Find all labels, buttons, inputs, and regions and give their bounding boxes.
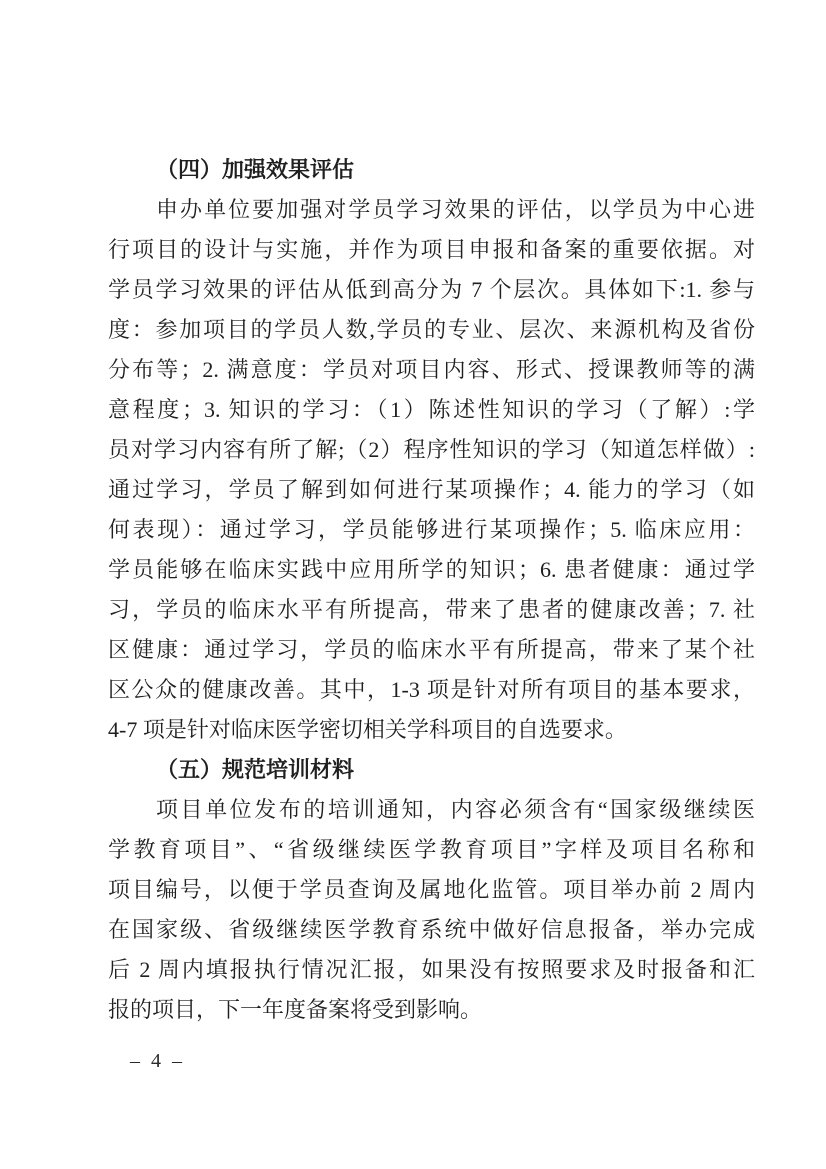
text-line: 行项目的设计与实施，并作为项目申报和备案的重要依据。对 xyxy=(108,230,755,270)
page-number: – 4 – xyxy=(130,1048,185,1074)
text-line: 学员能够在临床实践中应用所学的知识；6. 患者健康：通过学 xyxy=(108,550,755,590)
text-line: 通过学习，学员了解到如何进行某项操作；4. 能力的学习（如 xyxy=(108,470,755,510)
text-line: 项目编号，以便于学员查询及属地化监管。项目举办前 2 周内 xyxy=(108,870,755,910)
text-line: 区公众的健康改善。其中，1-3 项是针对所有项目的基本要求， xyxy=(108,670,755,710)
section-heading: （五）规范培训材料 xyxy=(108,750,755,790)
text-line: 意程度；3. 知识的学习：（1）陈述性知识的学习（了解）:学 xyxy=(108,390,755,430)
text-line: 学教育项目”、“省级继续医学教育项目”字样及项目名称和 xyxy=(108,830,755,870)
document-content: （四）加强效果评估申办单位要加强对学员学习效果的评估，以学员为中心进行项目的设计… xyxy=(108,150,755,1030)
text-line: 学员学习效果的评估从低到高分为 7 个层次。具体如下:1. 参与 xyxy=(108,270,755,310)
text-line: 区健康：通过学习，学员的临床水平有所提高，带来了某个社 xyxy=(108,630,755,670)
text-line: 何表现）：通过学习，学员能够进行某项操作；5. 临床应用： xyxy=(108,510,755,550)
text-line: 度：参加项目的学员人数,学员的专业、层次、来源机构及省份 xyxy=(108,310,755,350)
text-line: 后 2 周内填报执行情况汇报，如果没有按照要求及时报备和汇 xyxy=(108,950,755,990)
text-line: 申办单位要加强对学员学习效果的评估，以学员为中心进 xyxy=(108,190,755,230)
text-line: 在国家级、省级继续医学教育系统中做好信息报备，举办完成 xyxy=(108,910,755,950)
text-line: 4-7 项是针对临床医学密切相关学科项目的自选要求。 xyxy=(108,710,755,750)
text-line: 分布等；2. 满意度：学员对项目内容、形式、授课教师等的满 xyxy=(108,350,755,390)
text-line: 项目单位发布的培训通知，内容必须含有“国家级继续医 xyxy=(108,790,755,830)
text-line: 报的项目，下一年度备案将受到影响。 xyxy=(108,990,755,1030)
text-line: 员对学习内容有所了解;（2）程序性知识的学习（知道怎样做）: xyxy=(108,430,755,470)
document-page: （四）加强效果评估申办单位要加强对学员学习效果的评估，以学员为中心进行项目的设计… xyxy=(0,0,826,1169)
section-heading: （四）加强效果评估 xyxy=(108,150,755,190)
text-line: 习，学员的临床水平有所提高，带来了患者的健康改善；7. 社 xyxy=(108,590,755,630)
